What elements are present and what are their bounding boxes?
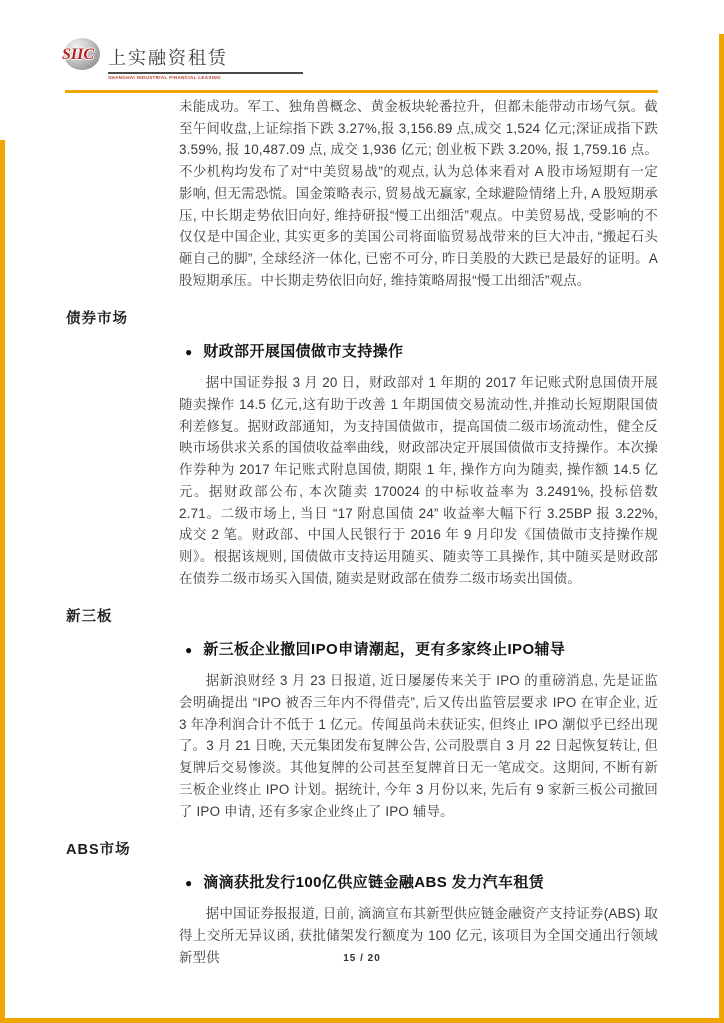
bullet-headline: ● 新三板企业撤回IPO申请潮起，更有多家终止IPO辅导 [185, 638, 658, 659]
bullet-title: 滴滴获批发行100亿供应链金融ABS 发力汽车租赁 [203, 871, 544, 892]
bullet-title: 财政部开展国债做市支持操作 [203, 340, 403, 361]
company-name-en: SHANGHAI INDUSTRIAL FINANCIAL LEASING [108, 75, 221, 80]
report-page: SIIC 上实融资租赁 SHANGHAI INDUSTRIAL FINANCIA… [0, 0, 724, 1023]
siic-globe-icon: SIIC [64, 38, 100, 70]
gold-border-right [719, 34, 724, 1023]
bullet-headline: ● 财政部开展国债做市支持操作 [185, 340, 658, 361]
header-divider [65, 90, 658, 93]
bullet-headline: ● 滴滴获批发行100亿供应链金融ABS 发力汽车租赁 [185, 871, 658, 892]
section-paragraph: 据新浪财经 3 月 23 日报道, 近日屡屡传来关于 IPO 的重磅消息, 先是… [179, 670, 658, 822]
section-bond-market: 债券市场 ● 财政部开展国债做市支持操作 据中国证券报 3 月 20 日，财政部… [66, 307, 658, 589]
section-heading-neeq: 新三板 [66, 605, 658, 626]
section-heading-abs-market: ABS市场 [66, 838, 658, 859]
logo-text: 上实融资租赁 SHANGHAI INDUSTRIAL FINANCIAL LEA… [108, 38, 303, 84]
page-footer: 15 / 20 [0, 948, 724, 966]
bullet-icon: ● [185, 345, 192, 359]
section-neeq: 新三板 ● 新三板企业撤回IPO申请潮起，更有多家终止IPO辅导 据新浪财经 3… [66, 605, 658, 822]
company-name-cn: 上实融资租赁 [108, 44, 303, 74]
gold-border-bottom [0, 1018, 724, 1023]
page-number: 15 / 20 [343, 953, 381, 964]
bullet-icon: ● [185, 876, 192, 890]
bullet-icon: ● [185, 643, 192, 657]
section-paragraph: 据中国证券报 3 月 20 日，财政部对 1 年期的 2017 年记账式附息国债… [179, 372, 658, 589]
intro-paragraph: 未能成功。军工、独角兽概念、黄金板块轮番拉升，但都未能带动市场气氛。截至午间收盘… [179, 96, 658, 291]
section-heading-bond-market: 债券市场 [66, 307, 658, 328]
gold-border-left [0, 140, 5, 1023]
bullet-title: 新三板企业撤回IPO申请潮起，更有多家终止IPO辅导 [203, 638, 565, 659]
report-body: 未能成功。军工、独角兽概念、黄金板块轮番拉升，但都未能带动市场气氛。截至午间收盘… [66, 96, 658, 968]
company-logo: SIIC 上实融资租赁 SHANGHAI INDUSTRIAL FINANCIA… [64, 38, 303, 84]
siic-wordmark: SIIC [62, 46, 94, 64]
